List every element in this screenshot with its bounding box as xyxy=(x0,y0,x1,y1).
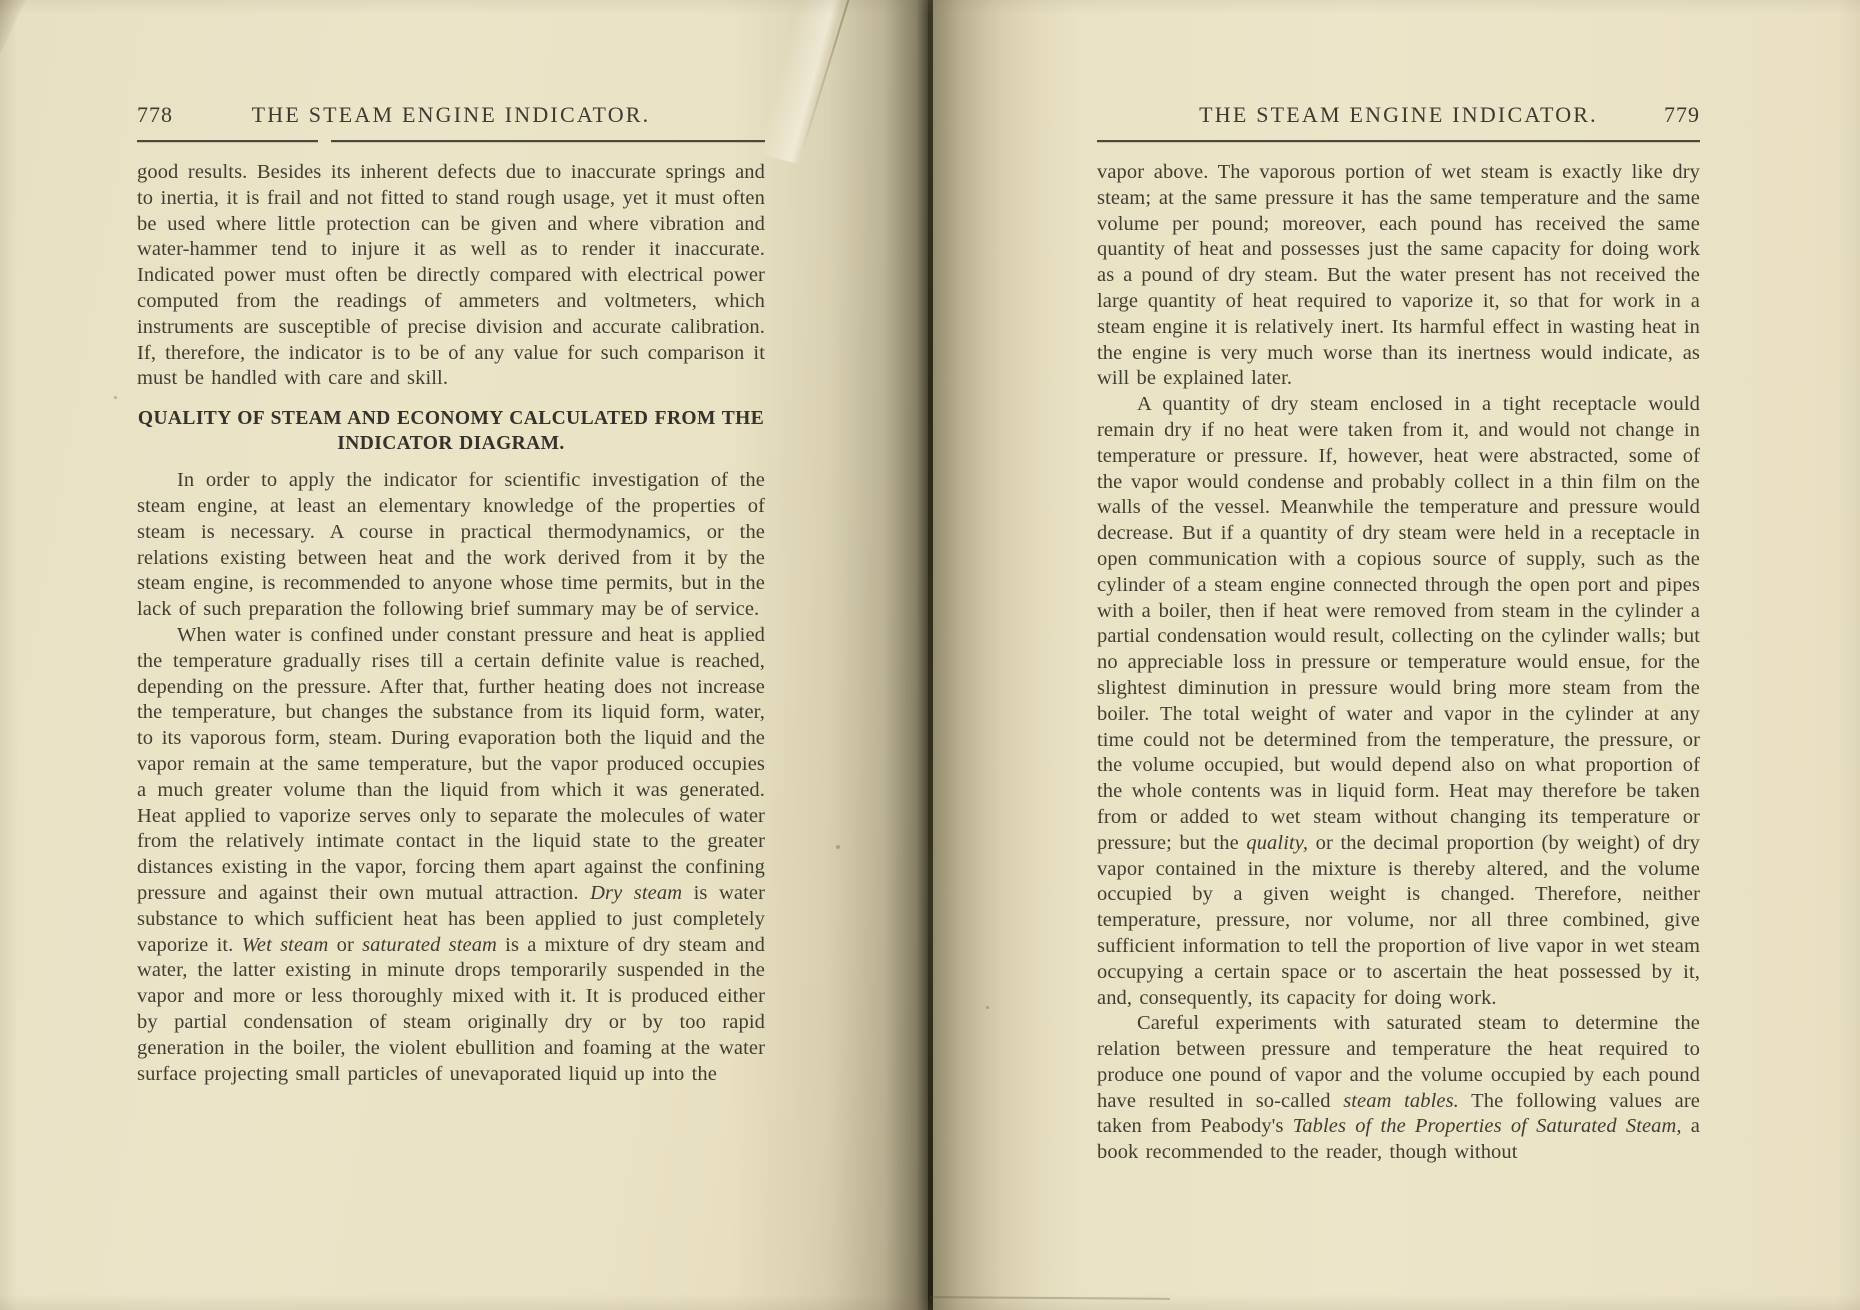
page-body-right: vapor above. The vaporous portion of wet… xyxy=(1097,160,1700,1166)
header-left-page: 778 THE STEAM ENGINE INDICATOR. xyxy=(137,102,765,134)
paragraph: good results. Besides its inherent defec… xyxy=(137,160,765,392)
paragraph: vapor above. The vaporous portion of wet… xyxy=(1097,160,1700,392)
header-rule-right xyxy=(1097,140,1700,142)
paper-speck xyxy=(836,845,840,849)
section-heading: QUALITY OF STEAM AND ECONOMY CALCULATED … xyxy=(137,407,765,456)
page-number-right: 779 xyxy=(1664,102,1700,128)
header-right-page: THE STEAM ENGINE INDICATOR. 779 xyxy=(1097,102,1700,134)
header-rule-left-segment1 xyxy=(137,140,318,142)
paragraph: In order to apply the indicator for scie… xyxy=(137,468,765,623)
paragraph: A quantity of dry steam enclosed in a ti… xyxy=(1097,392,1700,1011)
running-head-right: THE STEAM ENGINE INDICATOR. xyxy=(1097,102,1700,128)
header-rule-left-segment2 xyxy=(331,140,765,142)
page-body-left: good results. Besides its inherent defec… xyxy=(137,160,765,1087)
paper-speck xyxy=(986,1006,989,1009)
gutter-shadow-right xyxy=(933,0,1083,1310)
paper-speck xyxy=(114,396,117,399)
paragraph: Careful experiments with saturated steam… xyxy=(1097,1011,1700,1166)
paragraph: When water is confined under constant pr… xyxy=(137,623,765,1087)
running-head-left: THE STEAM ENGINE INDICATOR. xyxy=(137,102,765,128)
book-scan: 778 THE STEAM ENGINE INDICATOR. THE STEA… xyxy=(0,0,1860,1310)
